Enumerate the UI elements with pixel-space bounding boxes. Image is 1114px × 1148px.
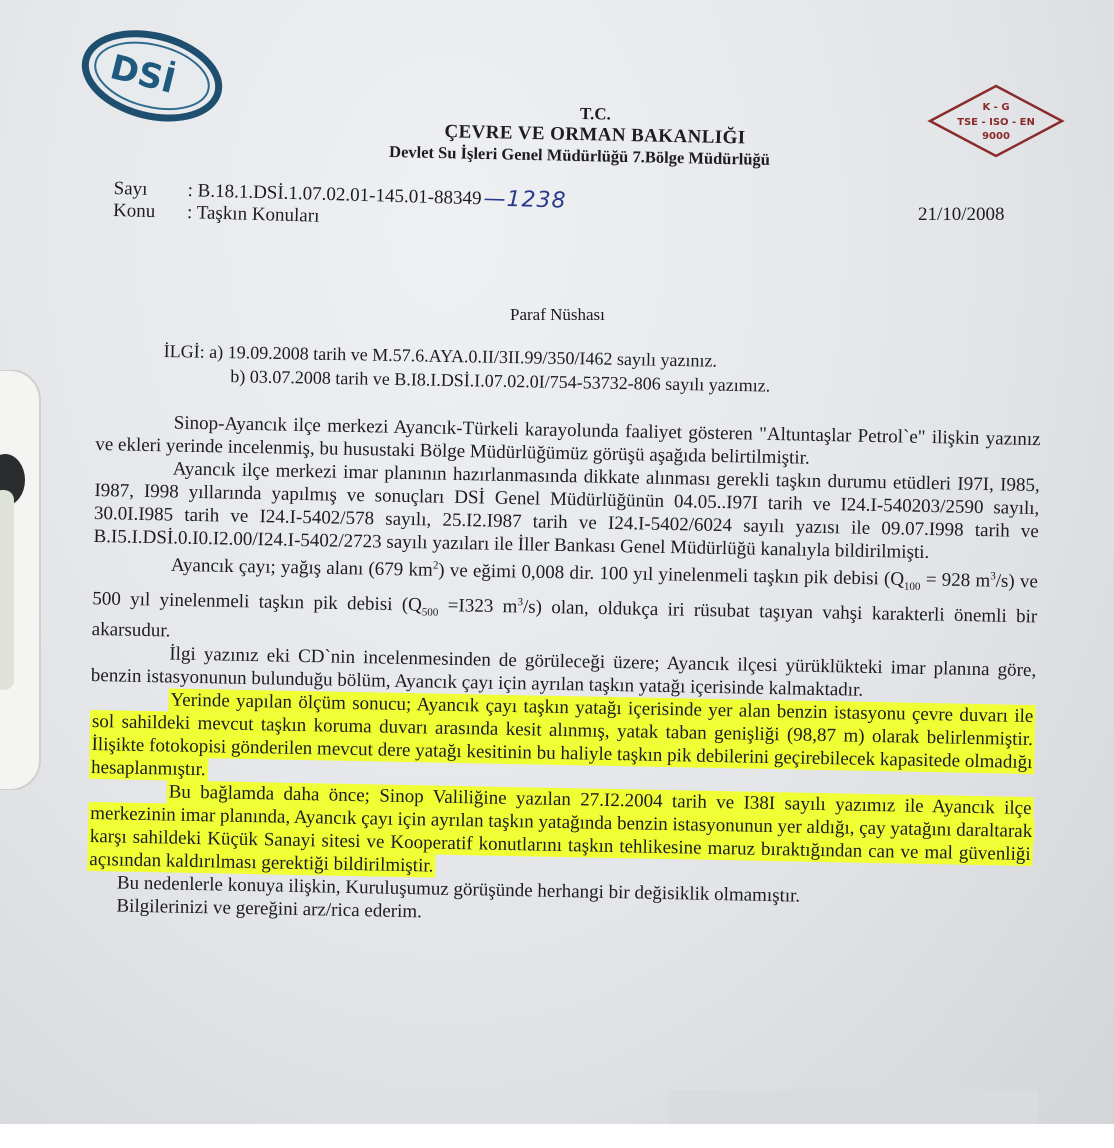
- dsi-logo-icon: DSİ: [71, 14, 234, 138]
- svg-text:K - G: K - G: [982, 102, 1009, 113]
- handwritten-number: —1238: [483, 188, 567, 212]
- paragraph-5-highlighted: Yerinde yapılan ölçüm sonucu; Ayancık ça…: [89, 687, 1036, 797]
- paragraph-6-highlighted: Bu bağlamda daha önce; Sinop Valiliğine …: [87, 779, 1034, 889]
- document-page: DSİ T.C. ÇEVRE VE ORMAN BAKANLIĞI Devlet…: [0, 0, 1114, 1148]
- ilgi-block: İLGİ: a) 19.09.2008 tarih ve M.57.6.AYA.…: [163, 339, 771, 398]
- paragraph-3: Ayancık çayı; yağış alanı (679 km2) ve e…: [92, 548, 1039, 659]
- document-date: 21/10/2008: [918, 204, 1005, 226]
- paragraph-2: Ayancık ilçe merkezi imar planının hazır…: [93, 456, 1040, 566]
- highlighted-text: Yerinde yapılan ölçüm sonucu; Ayancık ça…: [89, 689, 1036, 782]
- konu-value: : Taşkın Konuları: [187, 202, 320, 228]
- government-header: T.C. ÇEVRE VE ORMAN BAKANLIĞI Devlet Su …: [299, 98, 860, 172]
- bottom-margin: [0, 1124, 1114, 1148]
- ilgi-label: İLGİ:: [164, 341, 205, 362]
- highlighted-text: Bu bağlamda daha önce; Sinop Valiliğine …: [87, 781, 1034, 878]
- svg-text:TSE - ISO - EN: TSE - ISO - EN: [957, 117, 1035, 128]
- sayi-label: Sayı: [113, 178, 188, 202]
- konu-label: Konu: [113, 200, 188, 224]
- svg-text:9000: 9000: [982, 131, 1010, 142]
- iso-certification-stamp-icon: K - G TSE - ISO - EN 9000: [926, 84, 1066, 158]
- letter-body: Sinop-Ayancık ilçe merkezi Ayancık-Türke…: [86, 410, 1041, 935]
- reference-block: Sayı : B.18.1.DSİ.1.07.02.01-145.01-8834…: [113, 178, 567, 235]
- paraf-title: Paraf Nüshası: [510, 305, 605, 325]
- binder-clip-icon: [0, 370, 100, 790]
